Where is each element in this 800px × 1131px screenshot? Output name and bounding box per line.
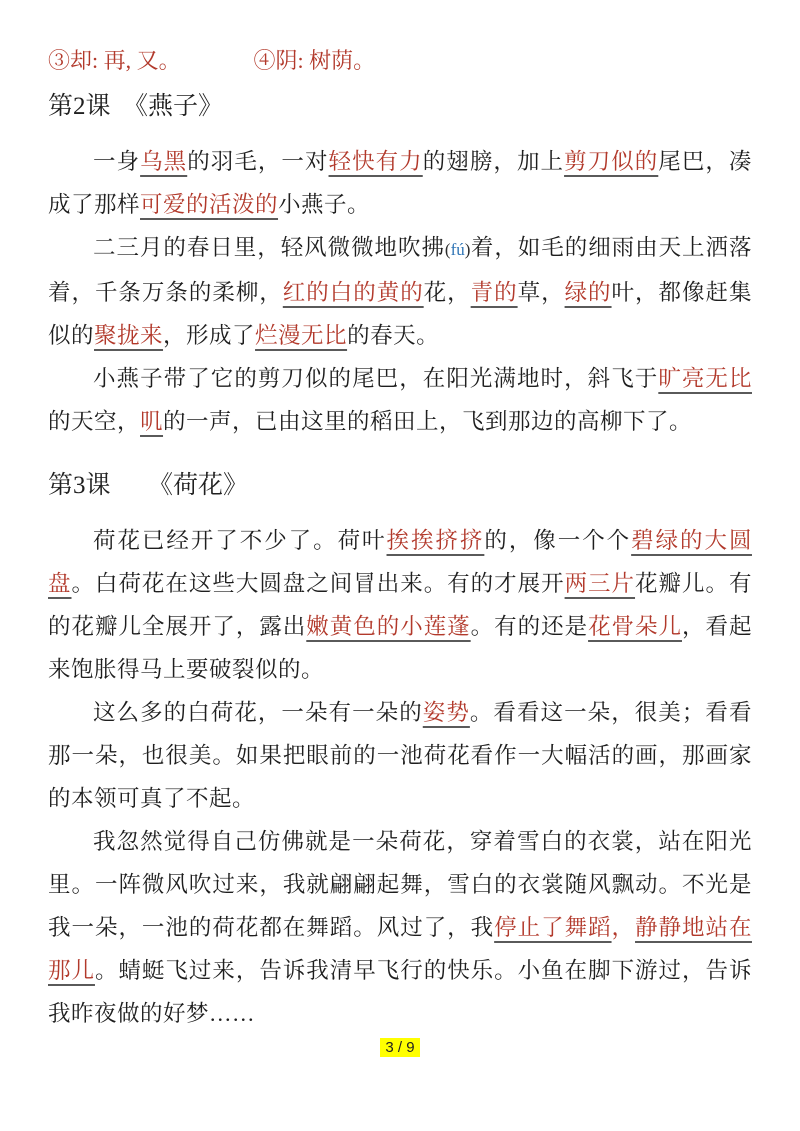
text-run: 这么多的白荷花，一朵有一朵的	[93, 700, 423, 725]
text-run: 的天空，	[48, 409, 140, 434]
definitions-line: ③却: 再, 又。 ④阴: 树荫。	[48, 46, 752, 76]
text-run: 小燕子。	[278, 192, 370, 217]
text-run: ，形成了	[163, 323, 255, 348]
text-run: 绿的	[565, 280, 612, 305]
text-run: 一身	[93, 149, 140, 174]
lesson-3-heading: 第3课 《荷花》	[48, 469, 752, 503]
text-run: 烂漫无比	[255, 323, 347, 348]
text-run: 剪刀似的	[564, 149, 658, 174]
text-run: 。蜻蜓飞过来，告诉我清早飞行的快乐。小鱼在脚下游过，告诉我昨夜做的好梦……	[48, 958, 752, 1026]
lesson-3-paragraph-2: 这么多的白荷花，一朵有一朵的姿势。看看这一朵，很美；看看那一朵，也很美。如果把眼…	[48, 691, 752, 820]
text-run: 轻快有力	[329, 149, 423, 174]
definition-item-4: ④阴: 树荫。	[254, 46, 376, 76]
text-run: 的，像一个个	[484, 528, 631, 553]
text-run: 红的白的黄的	[283, 280, 424, 305]
text-run: 可爱的活泼的	[140, 192, 278, 217]
text-run: 姿势	[423, 700, 470, 725]
text-run: 两三片	[565, 571, 635, 596]
text-run: 聚拢来	[94, 323, 163, 348]
text-run: 乌黑	[140, 149, 187, 174]
text-run: 。有的还是	[471, 614, 588, 639]
text-run: 嫩黄色的小莲蓬	[306, 614, 470, 639]
text-run: 草，	[518, 280, 565, 305]
text-run: 二三月的春日里，轻风微微地吹拂	[93, 235, 445, 260]
lesson-2-paragraph-2: 二三月的春日里，轻风微微地吹拂(fú)着，如毛的细雨由天上洒落着，千条万条的柔柳…	[48, 226, 752, 357]
text-run: 的一声，已由这里的稻田上，飞到那边的高柳下了。	[163, 409, 692, 434]
text-run: 的羽毛，一对	[187, 149, 328, 174]
text-run: 叽	[140, 409, 163, 434]
text-run: 旷亮无比	[658, 366, 752, 391]
text-run: fú	[451, 240, 465, 259]
text-run: 的春天。	[347, 323, 439, 348]
text-run: 荷花已经开了不少了。荷叶	[93, 528, 387, 553]
text-run: 。白荷花在这些大圆盘之间冒出来。有的才展开	[71, 571, 564, 596]
definition-item-3: ③却: 再, 又。	[48, 46, 248, 76]
lesson-2-paragraph-3: 小燕子带了它的剪刀似的尾巴，在阳光满地时，斜飞于旷亮无比的天空，叽的一声，已由这…	[48, 357, 752, 443]
lesson-2-paragraph-1: 一身乌黑的羽毛，一对轻快有力的翅膀，加上剪刀似的尾巴，凑成了那样可爱的活泼的小燕…	[48, 140, 752, 226]
text-run: 小燕子带了它的剪刀似的尾巴，在阳光满地时，斜飞于	[93, 366, 658, 391]
text-run: 挨挨挤挤	[387, 528, 485, 553]
lesson-2-heading: 第2课 《燕子》	[48, 90, 752, 124]
lesson-3-paragraph-3: 我忽然觉得自己仿佛就是一朵荷花，穿着雪白的衣裳，站在阳光里。一阵微风吹过来，我就…	[48, 820, 752, 1035]
text-run: 青的	[471, 280, 518, 305]
text-run: 花，	[424, 280, 471, 305]
lesson-3-paragraph-1: 荷花已经开了不少了。荷叶挨挨挤挤的，像一个个碧绿的大圆盘。白荷花在这些大圆盘之间…	[48, 519, 752, 691]
page-number: 3 / 9	[380, 1038, 419, 1057]
text-run: ，	[612, 915, 635, 940]
document-page: ③却: 再, 又。 ④阴: 树荫。 第2课 《燕子》 一身乌黑的羽毛，一对轻快有…	[0, 0, 800, 1035]
text-run: 停止了舞蹈	[494, 915, 611, 940]
text-run: 花骨朵儿	[588, 614, 682, 639]
page-footer: 3 / 9	[0, 1039, 800, 1056]
text-run: 的翅膀，加上	[423, 149, 564, 174]
